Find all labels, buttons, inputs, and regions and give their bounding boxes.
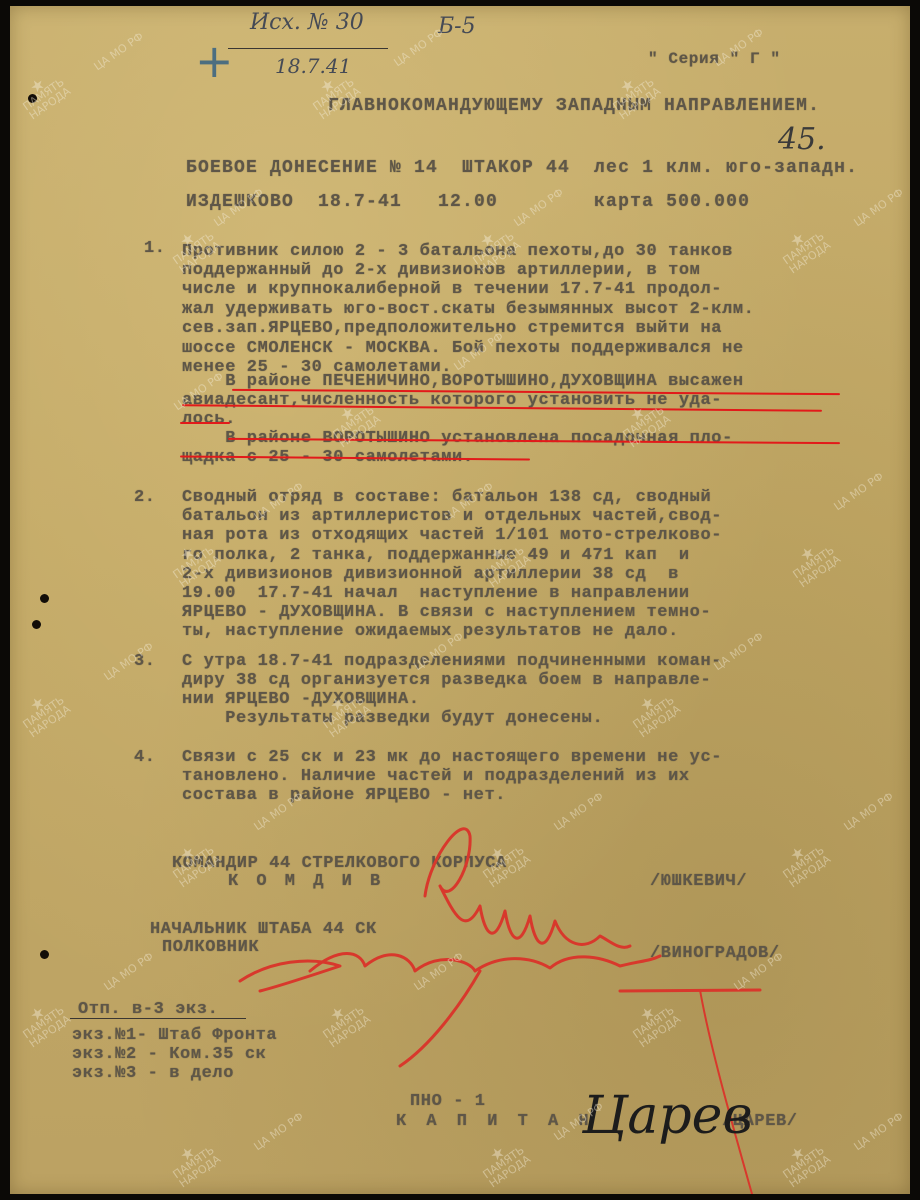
pnsh-rank: К А П И Т А Н (396, 1112, 594, 1131)
pnsh-handwritten-signature: Царев (582, 1086, 753, 1146)
distribution-underline (70, 1018, 246, 1019)
distribution-copy: экз.№1- Штаб Фронта (72, 1026, 277, 1045)
distribution-heading: Отп. в-3 экз. (78, 1000, 218, 1019)
distribution-copy: экз.№3 - в дело (72, 1064, 234, 1083)
archival-document-page: Исх. № 30 18.7.41 Б-5 + " Серия " Г " ГЛ… (10, 6, 910, 1194)
distribution-copy: экз.№2 - Ком.35 ск (72, 1045, 266, 1064)
pnsh-title: ПНО - 1 (410, 1092, 486, 1111)
